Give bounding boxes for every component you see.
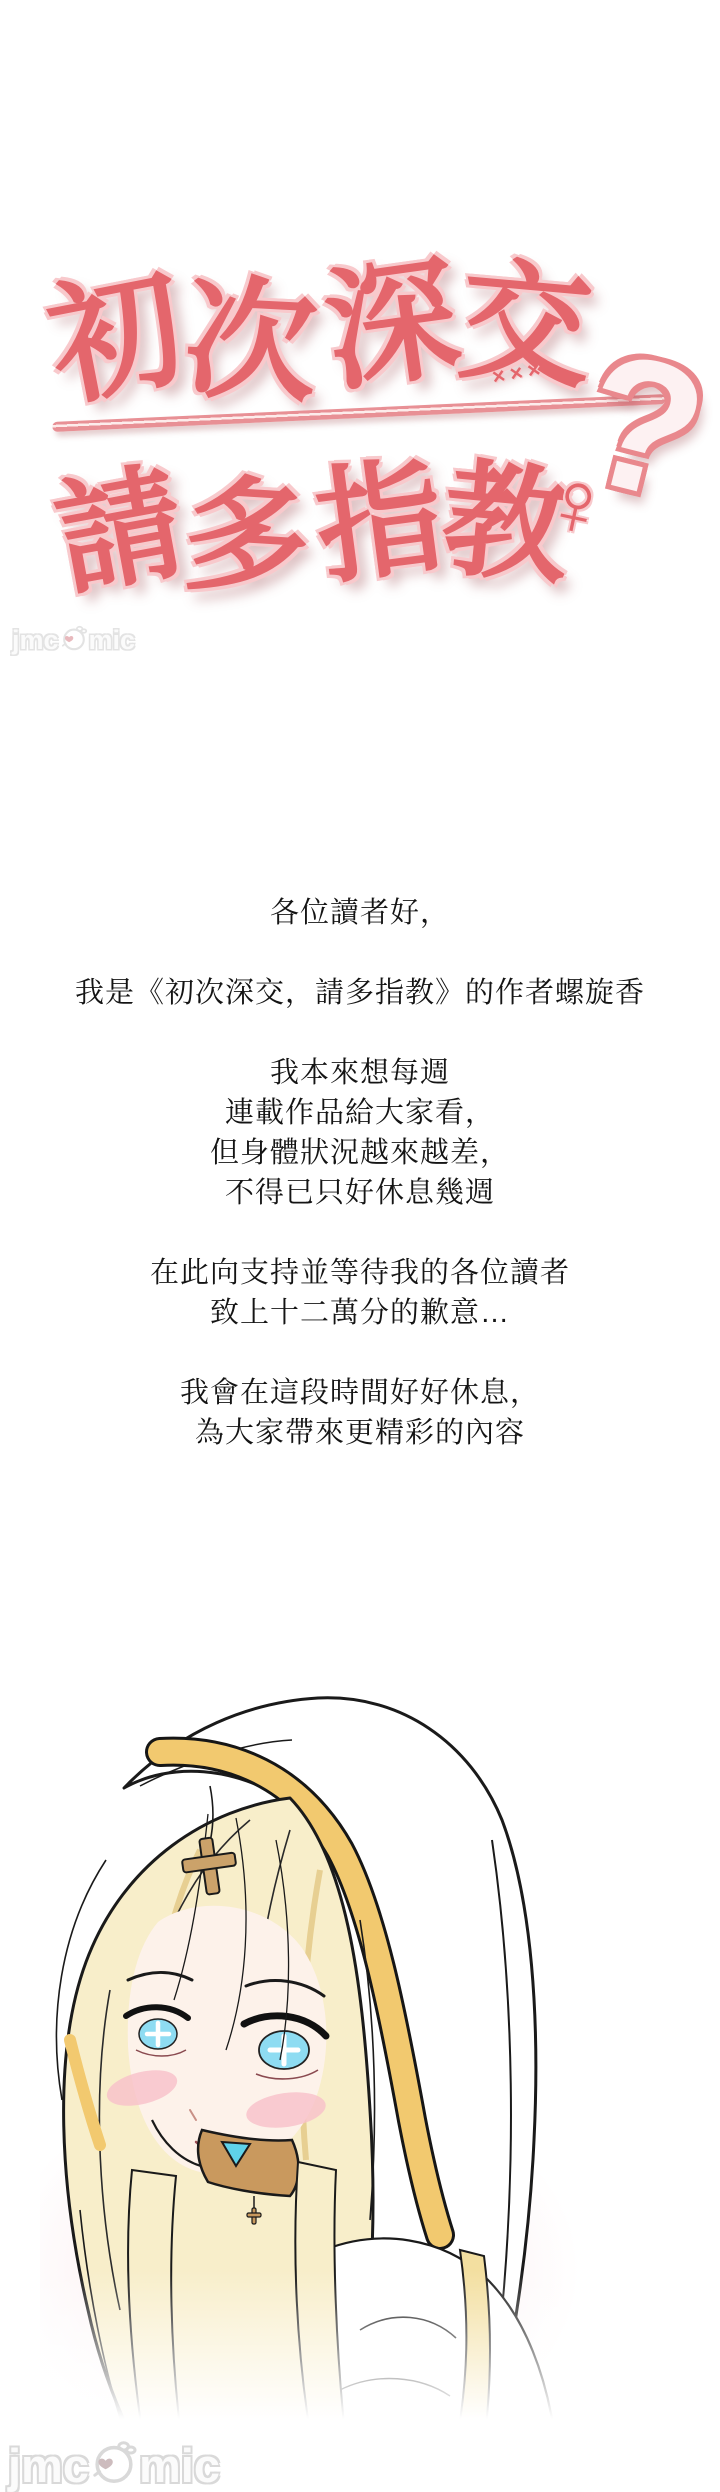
announcement-line: 不得已只好休息幾週 bbox=[0, 1173, 720, 1213]
announcement-line: 致上十二萬分的歉意… bbox=[0, 1293, 720, 1333]
title-line-2: 請多指教 bbox=[51, 409, 578, 613]
announcement-paragraph: 我是《初次深交，請多指教》的作者螺旋香 bbox=[0, 973, 720, 1013]
watermark-text-left: jmc bbox=[12, 627, 59, 654]
comic-page: 初次深交 ××× 請多指教 ♀ ? jmc mic 各位讀者好，我是《初次深交，… bbox=[0, 0, 720, 2492]
watermark-text-left: jmc bbox=[8, 2442, 89, 2489]
announcement-line: 我是《初次深交，請多指教》的作者螺旋香 bbox=[0, 973, 720, 1013]
announcement-line: 但身體狀況越來越差， bbox=[0, 1133, 720, 1173]
jmcomic-watermark-top: jmc mic bbox=[12, 624, 135, 657]
jmcomic-mascot-icon bbox=[90, 2438, 138, 2492]
announcement-line: 在此向支持並等待我的各位讀者 bbox=[0, 1253, 720, 1293]
watermark-text-right: mic bbox=[89, 627, 136, 654]
watermark-text-right: mic bbox=[139, 2442, 220, 2489]
bottom-fade bbox=[40, 2270, 600, 2445]
announcement-paragraph: 我會在這段時間好好休息，為大家帶來更精彩的內容 bbox=[0, 1373, 720, 1453]
announcement-paragraph: 我本來想每週連載作品給大家看，但身體狀況越來越差，不得已只好休息幾週 bbox=[0, 1053, 720, 1213]
announcement-line: 我會在這段時間好好休息， bbox=[0, 1373, 720, 1413]
jmcomic-watermark-bottom: jmc mic bbox=[8, 2438, 220, 2492]
nun-girl-illustration bbox=[40, 1690, 600, 2445]
announcement-paragraph: 各位讀者好， bbox=[0, 893, 720, 933]
announcement-line: 為大家帶來更精彩的內容 bbox=[0, 1413, 720, 1453]
announcement-line: 我本來想每週 bbox=[0, 1053, 720, 1093]
announcement-line: 連載作品給大家看， bbox=[0, 1093, 720, 1133]
announcement-paragraph: 在此向支持並等待我的各位讀者致上十二萬分的歉意… bbox=[0, 1253, 720, 1333]
title-line-1: 初次深交 bbox=[43, 204, 604, 423]
author-announcement: 各位讀者好，我是《初次深交，請多指教》的作者螺旋香我本來想每週連載作品給大家看，… bbox=[0, 893, 720, 1493]
announcement-line: 各位讀者好， bbox=[0, 893, 720, 933]
jmcomic-mascot-icon bbox=[60, 624, 88, 657]
